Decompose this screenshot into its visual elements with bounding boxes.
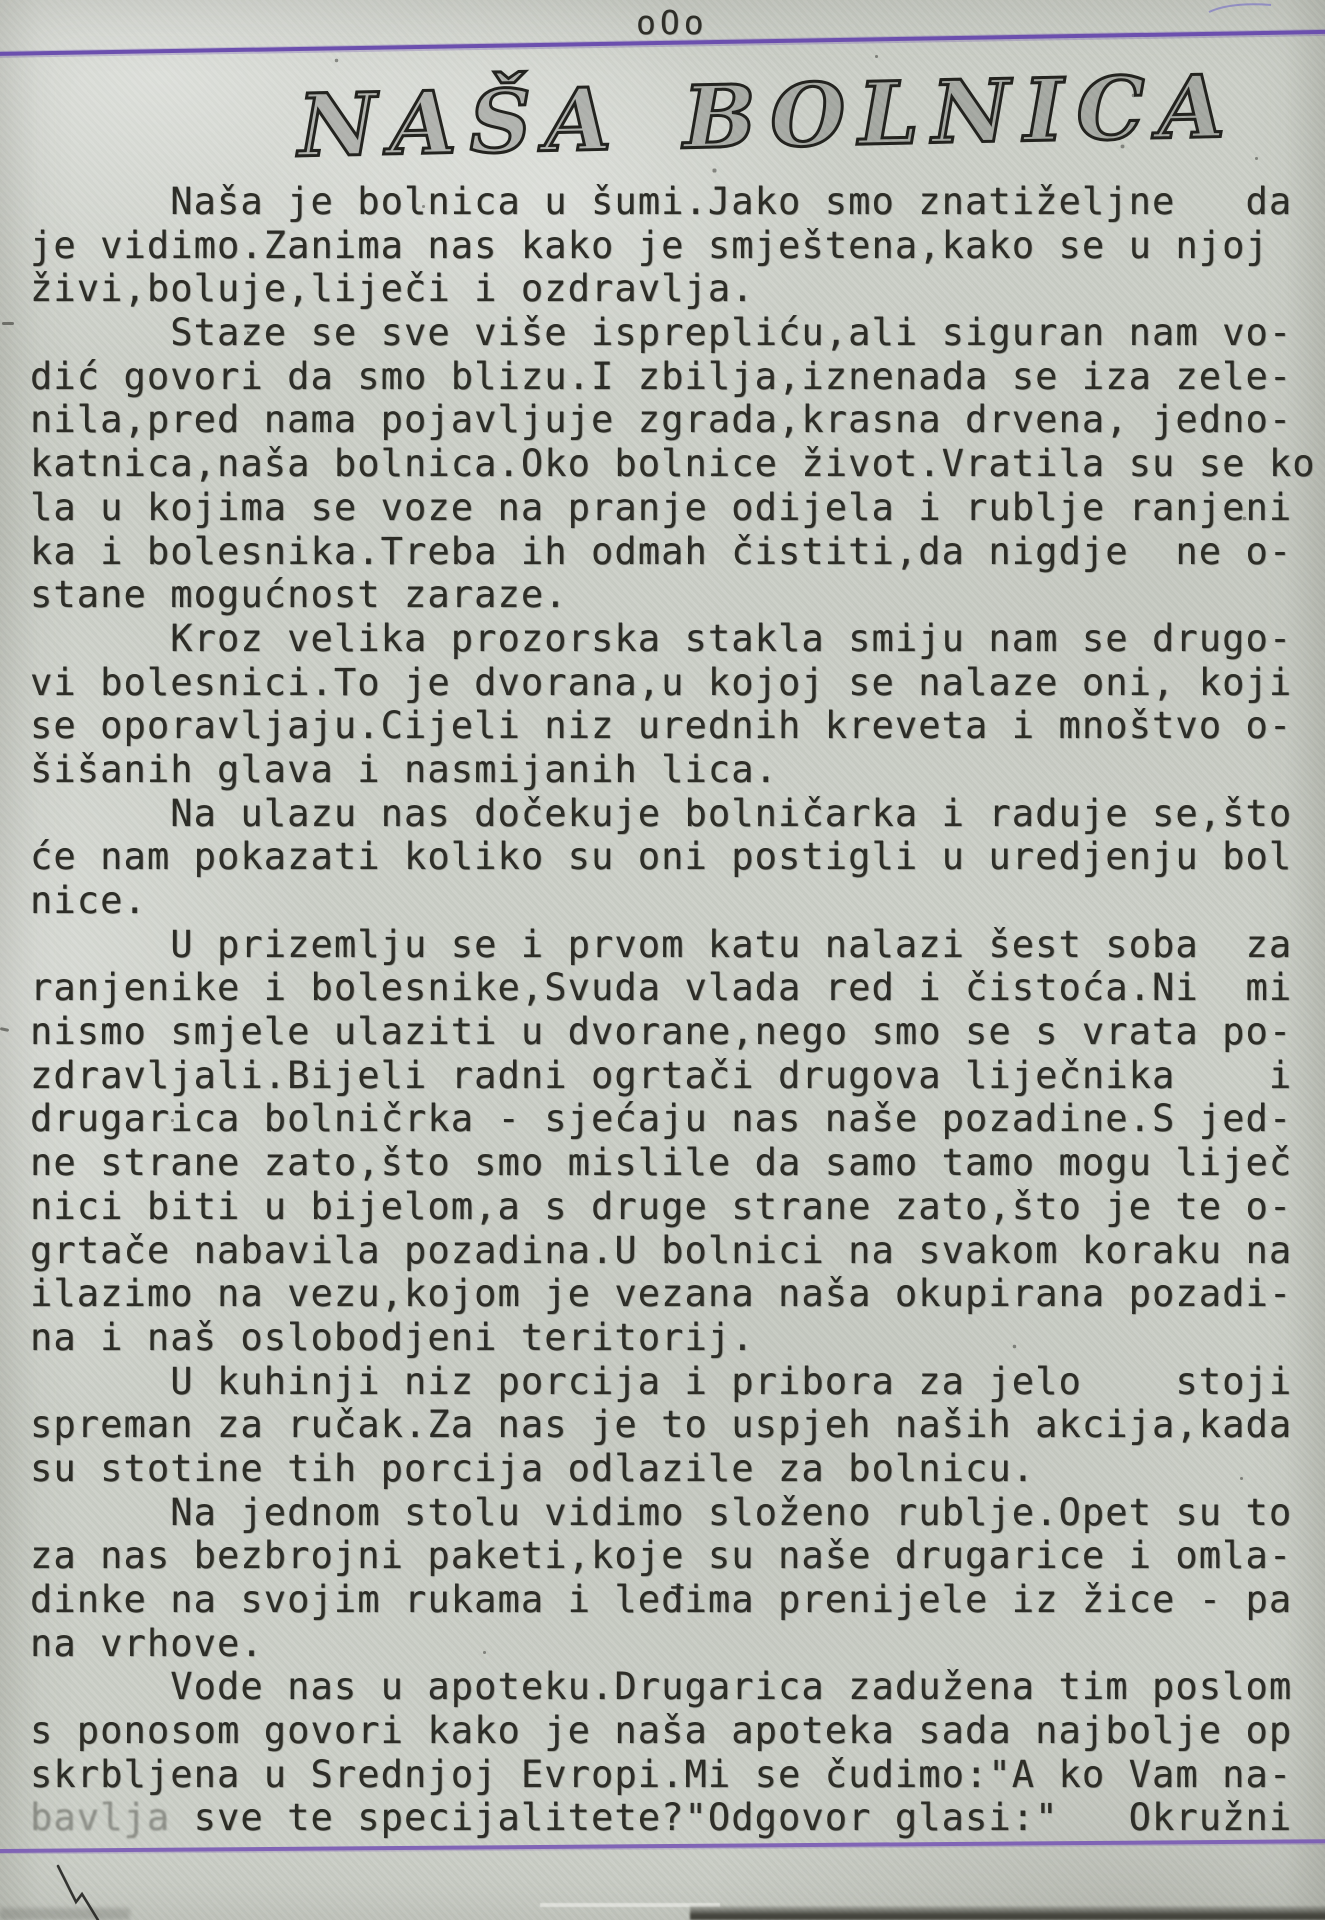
text-line: zdravljali.Bijeli radni ogrtači drugova … — [30, 1054, 1325, 1098]
text-line: živi,boluje,liječi i ozdravlja. — [30, 267, 1325, 311]
text-line: stane mogućnost zaraze. — [30, 573, 1325, 617]
scanned-document-page: oOo NAŠA BOLNICA Naša je bolnica u šumi.… — [0, 0, 1325, 1920]
text-line: Vode nas u apoteku.Drugarica zadužena ti… — [30, 1665, 1325, 1709]
text-line: katnica,naša bolnica.Oko bolnice život.V… — [30, 442, 1325, 486]
text-line: ka i bolesnika.Treba ih odmah čistiti,da… — [30, 530, 1325, 574]
page-title: NAŠA BOLNICA — [297, 56, 1239, 177]
text-line: U prizemlju se i prvom katu nalazi šest … — [30, 923, 1325, 967]
text-line: dić govori da smo blizu.I zbilja,iznenad… — [30, 355, 1325, 399]
scan-edge-band — [690, 1906, 1325, 1920]
text-line: U kuhinji niz porcija i pribora za jelo … — [30, 1360, 1325, 1404]
text-line: bavlja sve te specijalitete?"Odgovor gla… — [30, 1796, 1325, 1840]
text-line: za nas bezbrojni paketi,koje su naše dru… — [30, 1534, 1325, 1578]
text-line: Kroz velika prozorska stakla smiju nam s… — [30, 617, 1325, 661]
text-line: ranjenike i bolesnike,Svuda vlada red i … — [30, 966, 1325, 1010]
text-line: skrbljena u Srednjoj Evropi.Mi se čudimo… — [30, 1753, 1325, 1797]
text-line: la u kojima se voze na pranje odijela i … — [30, 486, 1325, 530]
text-line: šišanih glava i nasmijanih lica. — [30, 748, 1325, 792]
stray-mark — [0, 1027, 9, 1032]
text-line: s ponosom govori kako je naša apoteka sa… — [30, 1709, 1325, 1753]
corner-ink-mark — [1205, 0, 1275, 16]
text-line: Na ulazu nas dočekuje bolničarka i raduj… — [30, 792, 1325, 836]
text-line: grtače nabavila pozadina.U bolnici na sv… — [30, 1229, 1325, 1273]
text-line: će nam pokazati koliko su oni postigli u… — [30, 835, 1325, 879]
text-line: nila,pred nama pojavljuje zgrada,krasna … — [30, 398, 1325, 442]
pen-mark — [45, 1858, 109, 1920]
paper-specks — [0, 0, 1, 1]
text-line: Na jednom stolu vidimo složeno rublje.Op… — [30, 1491, 1325, 1535]
text-line: nice. — [30, 879, 1325, 923]
body-text: Naša je bolnica u šumi.Jako smo znatižel… — [30, 180, 1325, 1840]
section-separator-ooo: oOo — [636, 3, 708, 42]
text-line: se oporavljaju.Cijeli niz urednih krevet… — [30, 704, 1325, 748]
text-line: ilazimo na vezu,kojom je vezana naša oku… — [30, 1272, 1325, 1316]
stray-mark — [2, 322, 14, 325]
text-line: je vidimo.Zanima nas kako je smještena,k… — [30, 224, 1325, 268]
text-line: nici biti u bijelom,a s druge strane zat… — [30, 1185, 1325, 1229]
bottom-rule-line — [0, 1839, 1325, 1852]
text-line: vi bolesnici.To je dvorana,u kojoj se na… — [30, 661, 1325, 705]
text-line: na i naš oslobodjeni teritorij. — [30, 1316, 1325, 1360]
text-line: ne strane zato,što smo mislile da samo t… — [30, 1141, 1325, 1185]
text-line: drugarica bolničrka - sjećaju nas naše p… — [30, 1097, 1325, 1141]
text-line: dinke na svojim rukama i leđima prenijel… — [30, 1578, 1325, 1622]
text-line: na vrhove. — [30, 1622, 1325, 1666]
text-line: Staze se sve više isprepliću,ali siguran… — [30, 311, 1325, 355]
text-line: su stotine tih porcija odlazile za bolni… — [30, 1447, 1325, 1491]
text-line: nismo smjele ulaziti u dvorane,nego smo … — [30, 1010, 1325, 1054]
text-line: Naša je bolnica u šumi.Jako smo znatižel… — [30, 180, 1325, 224]
text-line: spreman za ručak.Za nas je to uspjeh naš… — [30, 1403, 1325, 1447]
